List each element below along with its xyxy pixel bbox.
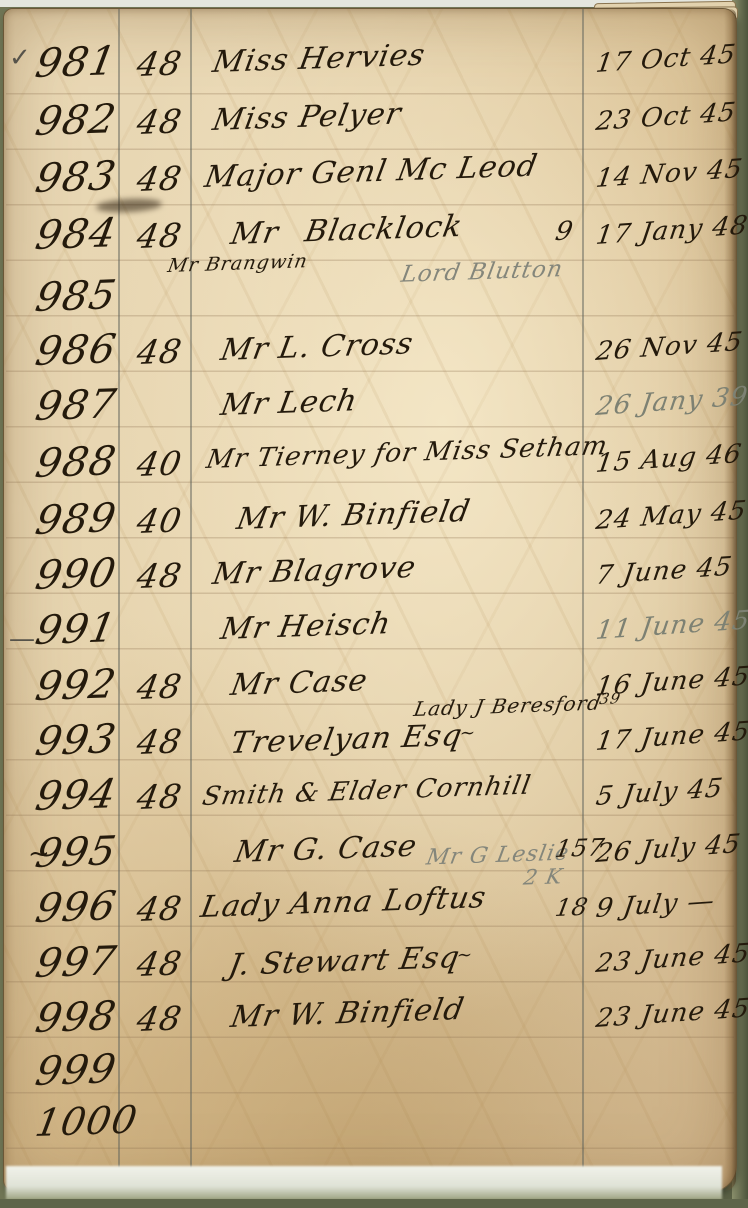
entry-number: 993 bbox=[32, 716, 120, 765]
size-value: 48 bbox=[134, 215, 185, 256]
entry-number: 982 bbox=[32, 96, 120, 145]
borrower-name: Trevelyan Esq bbox=[228, 718, 465, 761]
name-cell: Mr Blagrove bbox=[210, 557, 411, 592]
entry-number: 986 bbox=[32, 326, 120, 375]
size-value: 48 bbox=[134, 158, 185, 199]
name-cell: Mr L. Cross bbox=[218, 333, 409, 368]
borrower-name: Mr Blagrove bbox=[210, 550, 419, 592]
entry-number: 999 bbox=[32, 1046, 120, 1095]
date-value: 9 July — bbox=[594, 886, 717, 924]
size-value: 48 bbox=[134, 555, 185, 596]
borrower-name: J. Stewart Esq bbox=[226, 940, 463, 983]
name-superscript: ~ bbox=[455, 944, 475, 966]
borrower-name: Mr Blacklock bbox=[228, 209, 466, 252]
margin-mark: — bbox=[9, 624, 35, 654]
column-rule-date bbox=[582, 9, 584, 1191]
ink-note-below: Mr Brangwin bbox=[166, 250, 310, 277]
size-value: 48 bbox=[134, 101, 185, 142]
borrower-name: Miss Hervies bbox=[210, 38, 428, 80]
entry-number: 996 bbox=[32, 883, 120, 932]
entry-number: 989 bbox=[32, 495, 120, 544]
annotation-cell: Lady J Beresford39 bbox=[412, 690, 619, 721]
date-value: 17 Oct 45 bbox=[594, 39, 738, 79]
size-value: 40 bbox=[134, 500, 185, 541]
entry-number: 984 bbox=[32, 210, 120, 259]
margin-mark: ✓ bbox=[9, 43, 31, 73]
name-cell: Mr Blacklock bbox=[228, 217, 458, 252]
pencil-note-below: Lord Blutton bbox=[399, 256, 565, 288]
name-cell: Lady Anna Loftus bbox=[198, 890, 481, 925]
size-value: 48 bbox=[134, 776, 185, 817]
entry-number: 995 bbox=[32, 828, 120, 877]
entry-number: 987 bbox=[32, 381, 120, 430]
size-value: 48 bbox=[134, 943, 185, 984]
date-value: 15 Aug 46 bbox=[594, 439, 744, 479]
size-value: 48 bbox=[134, 721, 185, 762]
borrower-name: Smith & Elder Cornhill bbox=[200, 771, 534, 812]
name-cell: Mr W. Binfield bbox=[234, 502, 465, 537]
scanned-ledger-screenshot: { "document": { "kind": "handwritten led… bbox=[0, 0, 748, 1208]
date-value: 14 Nov 45 bbox=[594, 154, 745, 194]
name-cell: Miss Pelyer bbox=[210, 103, 397, 138]
size-value: 48 bbox=[134, 888, 185, 929]
scan-background-bottom bbox=[0, 1199, 748, 1208]
name-cell: Miss Hervies bbox=[210, 45, 421, 80]
name-cell: Mr G. CaseMr G Leslie bbox=[232, 835, 568, 870]
pencil-note-below: 2 K bbox=[522, 864, 565, 889]
borrower-name: Lady Anna Loftus bbox=[198, 880, 489, 925]
entry-number: 985 bbox=[32, 272, 120, 321]
scan-glare-bottom bbox=[6, 1166, 722, 1200]
name-cell: Mr Heisch bbox=[218, 612, 387, 647]
entry-number: 998 bbox=[32, 993, 120, 1042]
borrower-name: Mr Case bbox=[228, 663, 371, 703]
borrower-name: Miss Pelyer bbox=[210, 96, 404, 138]
entry-number: 981 bbox=[32, 38, 120, 87]
column-rule-number bbox=[118, 9, 120, 1191]
name-cell: Mr Lech bbox=[218, 388, 353, 423]
borrower-name: Mr Lech bbox=[218, 383, 361, 423]
name-cell: J. Stewart Esq~ bbox=[226, 945, 471, 983]
ledger-page: ✓ 981 48 Miss Hervies 17 Oct 45 982 48 M… bbox=[3, 8, 737, 1192]
margin-number: 18 bbox=[553, 893, 591, 922]
date-value: 5 July 45 bbox=[594, 773, 725, 812]
date-value: 23 Oct 45 bbox=[594, 97, 738, 137]
entry-number: 990 bbox=[32, 550, 120, 599]
borrower-name: Mr L. Cross bbox=[218, 326, 416, 368]
entry-number: 983 bbox=[32, 153, 120, 202]
entry-number: 991 bbox=[32, 605, 120, 654]
borrower-name: Major Genl Mc Leod bbox=[202, 149, 540, 195]
borrower-name: Mr Heisch bbox=[218, 606, 394, 647]
borrower-name: Mr Tierney for Miss Setham bbox=[204, 431, 610, 475]
entry-number: 988 bbox=[32, 438, 120, 487]
borrower-name: Mr W. Binfield bbox=[228, 992, 467, 1035]
borrower-name: Mr G. Case bbox=[232, 829, 420, 870]
borrower-name: Mr W. Binfield bbox=[234, 494, 473, 537]
date-value: 7 June 45 bbox=[594, 552, 734, 591]
size-value: 48 bbox=[134, 43, 185, 84]
size-value: 48 bbox=[134, 666, 185, 707]
name-cell: Mr Tierney for Miss Setham bbox=[204, 445, 602, 475]
column-rule-size bbox=[190, 9, 192, 1191]
date-value: 26 Nov 45 bbox=[594, 327, 745, 367]
name-cell: Mr W. Binfield bbox=[228, 1000, 459, 1035]
margin-number: 9 bbox=[553, 216, 576, 247]
ink-note-right: Lady J Beresford bbox=[412, 691, 604, 721]
name-cell: Major Genl Mc Leod bbox=[202, 160, 532, 195]
entry-number: 992 bbox=[32, 661, 120, 710]
entry-number: 994 bbox=[32, 771, 120, 820]
size-value: 40 bbox=[134, 443, 185, 484]
name-cell: Smith & Elder Cornhill bbox=[200, 782, 526, 812]
entry-number: 997 bbox=[32, 938, 120, 987]
entry-number: 1000 bbox=[32, 1098, 141, 1145]
name-cell: Mr Case bbox=[228, 668, 364, 703]
size-value: 48 bbox=[134, 998, 185, 1039]
name-cell: Trevelyan Esq~ bbox=[228, 723, 474, 761]
name-superscript: ~ bbox=[458, 722, 478, 744]
date-value: 26 July 45 bbox=[594, 829, 743, 869]
size-value: 48 bbox=[134, 331, 185, 372]
